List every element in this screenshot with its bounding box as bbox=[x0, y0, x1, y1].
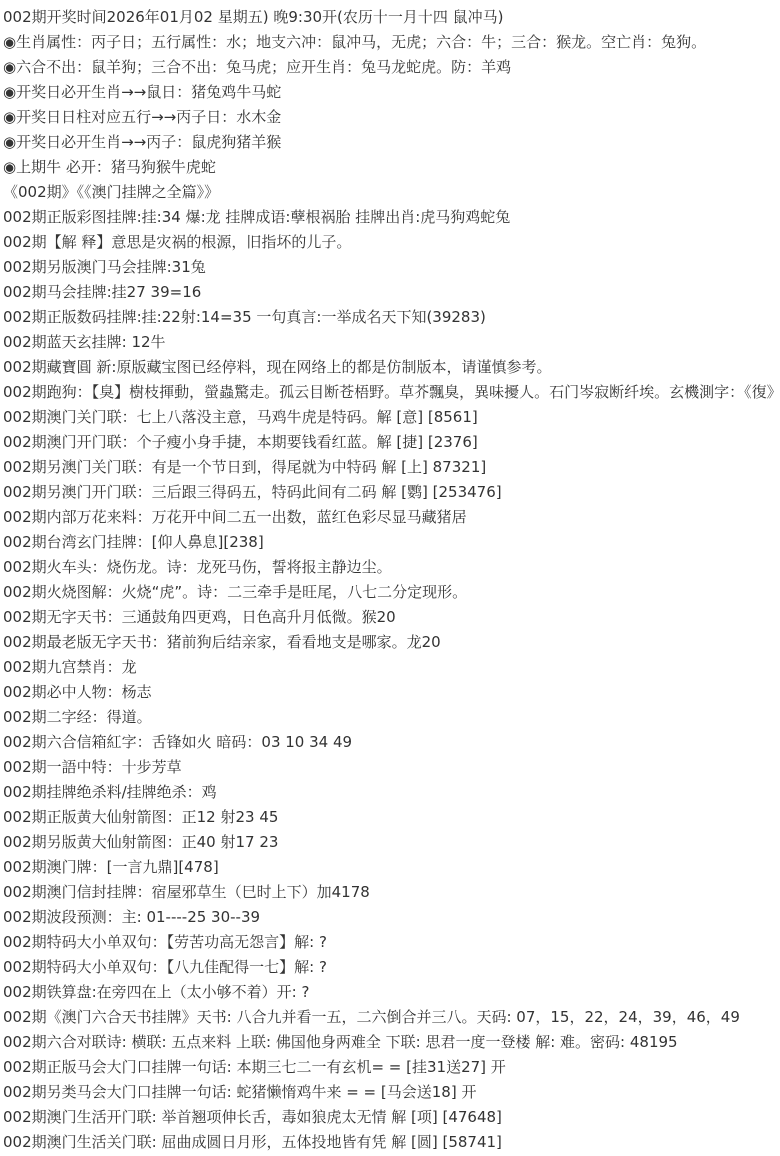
text-line: 002期蓝天玄挂牌: 12牛 bbox=[3, 330, 780, 355]
text-line: 002期挂牌绝杀料/挂牌绝杀：鸡 bbox=[3, 780, 780, 805]
text-line: 002期无字天书：三通鼓角四更鸡，日色高升月低微。猴20 bbox=[3, 605, 780, 630]
text-line: 002期澳门生活关门联: 屈曲成圆日月形，五体投地皆有凭 解 [圆] [5874… bbox=[3, 1130, 780, 1155]
text-line: 002期正版黄大仙射箭图：正12 射23 45 bbox=[3, 805, 780, 830]
text-line: 002期特码大小单双句：【八九佳配得一七】解: ? bbox=[3, 955, 780, 980]
text-line: ◉开奖日必开生肖→→丙子：鼠虎狗猪羊猴 bbox=[3, 130, 780, 155]
text-line: ◉开奖日必开生肖→→鼠日：猪兔鸡牛马蛇 bbox=[3, 80, 780, 105]
text-line: 002期澳门关门联：七上八落没主意，马鸡牛虎是特码。解 [意] [8561] bbox=[3, 405, 780, 430]
text-line: 002期澳门开门联：个子瘦小身手捷，本期要钱看红蓝。解 [捷] [2376] bbox=[3, 430, 780, 455]
text-line: 002期另澳门开门联：三后跟三得码五，特码此间有二码 解 [鹦] [253476… bbox=[3, 480, 780, 505]
text-line: 002期另版黄大仙射箭图：正40 射17 23 bbox=[3, 830, 780, 855]
text-line: 002期内部万花来料：万花开中间二五一出数，蓝红色彩尽显马藏猪居 bbox=[3, 505, 780, 530]
text-line: 002期跑狗：【臭】樹枝揮動，螢蟲驚走。孤云目断苍梧野。草芥飄臭，異味擾人。石门… bbox=[3, 380, 780, 405]
text-line: 002期正版彩图挂牌:挂:34 爆:龙 挂牌成语:孽根祸胎 挂牌出肖:虎马狗鸡蛇… bbox=[3, 205, 780, 230]
text-line: 002期另澳门关门联：有是一个节日到，得尾就为中特码 解 [上] 87321] bbox=[3, 455, 780, 480]
text-line: 002期正版数码挂牌:挂:22射:14=35 一句真言:一举成名天下知(3928… bbox=[3, 305, 780, 330]
text-line: 002期正版马会大门口挂牌一句话: 本期三七二一有玄机= = [挂31送27] … bbox=[3, 1055, 780, 1080]
text-line: 002期六合对联诗: 横联: 五点来料 上联: 佛国他身两难全 下联: 思君一度… bbox=[3, 1030, 780, 1055]
text-line: 002期台湾玄门挂牌：[仰人鼻息][238] bbox=[3, 530, 780, 555]
text-line: 《002期》《《澳门挂牌之全篇》》 bbox=[3, 180, 780, 205]
text-line: 002期澳门信封挂牌：宿屋邪草生（巳时上下）加4178 bbox=[3, 880, 780, 905]
text-line: 002期火烧图解：火烧“虎”。诗：二三牵手是旺尾，八七二分定现形。 bbox=[3, 580, 780, 605]
text-line: 002期澳门牌：[一言九鼎][478] bbox=[3, 855, 780, 880]
text-line: 002期藏寶圓 新:原版藏宝图已经停料，现在网络上的都是仿制版本，请谨慎参考。 bbox=[3, 355, 780, 380]
text-line: 002期澳门生活开门联: 举首翘项伸长舌，毒如狼虎太无情 解 [项] [4764… bbox=[3, 1105, 780, 1130]
text-line: 002期二字经：得道。 bbox=[3, 705, 780, 730]
text-line: 002期另版澳门马会挂牌:31兔 bbox=[3, 255, 780, 280]
text-line: ◉上期牛 必开：猪马狗猴牛虎蛇 bbox=[3, 155, 780, 180]
text-line: 002期马会挂牌:挂27 39=16 bbox=[3, 280, 780, 305]
text-line: 002期铁算盘:在旁四在上（太小够不着）开: ? bbox=[3, 980, 780, 1005]
text-line: 002期另类马会大门口挂牌一句话: 蛇猪懒惰鸡牛来 = = [马会送18] 开 bbox=[3, 1080, 780, 1105]
text-line: ◉六合不出：鼠羊狗；三合不出：兔马虎；应开生肖：兔马龙蛇虎。防：羊鸡 bbox=[3, 55, 780, 80]
lines-container: 002期开奖时间2026年01月02 星期五) 晚9:30开(农历十一月十四 鼠… bbox=[3, 5, 780, 1155]
text-line: ◉开奖日日柱对应五行→→丙子日：水木金 bbox=[3, 105, 780, 130]
text-line: 002期开奖时间2026年01月02 星期五) 晚9:30开(农历十一月十四 鼠… bbox=[3, 5, 780, 30]
text-line: ◉生肖属性：丙子日；五行属性：水；地支六冲：鼠冲马，无虎；六合：牛；三合：猴龙。… bbox=[3, 30, 780, 55]
text-line: 002期【解 释】意思是灾祸的根源，旧指坏的儿子。 bbox=[3, 230, 780, 255]
text-line: 002期最老版无字天书：猪前狗后结亲家，看看地支是哪家。龙20 bbox=[3, 630, 780, 655]
text-line: 002期波段预测：主: 01----25 30--39 bbox=[3, 905, 780, 930]
text-line: 002期火车头：烧伤龙。诗：龙死马伤，誓将报主静边尘。 bbox=[3, 555, 780, 580]
text-line: 002期必中人物：杨志 bbox=[3, 680, 780, 705]
text-line: 002期特码大小单双句：【劳苦功高无怨言】解: ? bbox=[3, 930, 780, 955]
text-line: 002期《澳门六合天书挂牌》天书: 八合九并看一五，二六倒合并三八。天码: 07… bbox=[3, 1005, 780, 1030]
text-line: 002期六合信箱紅字：舌锋如火 暗码：03 10 34 49 bbox=[3, 730, 780, 755]
text-line: 002期一語中特：十步芳草 bbox=[3, 755, 780, 780]
lottery-tips-document: 002期开奖时间2026年01月02 星期五) 晚9:30开(农历十一月十四 鼠… bbox=[0, 0, 780, 1155]
text-line: 002期九宫禁肖：龙 bbox=[3, 655, 780, 680]
